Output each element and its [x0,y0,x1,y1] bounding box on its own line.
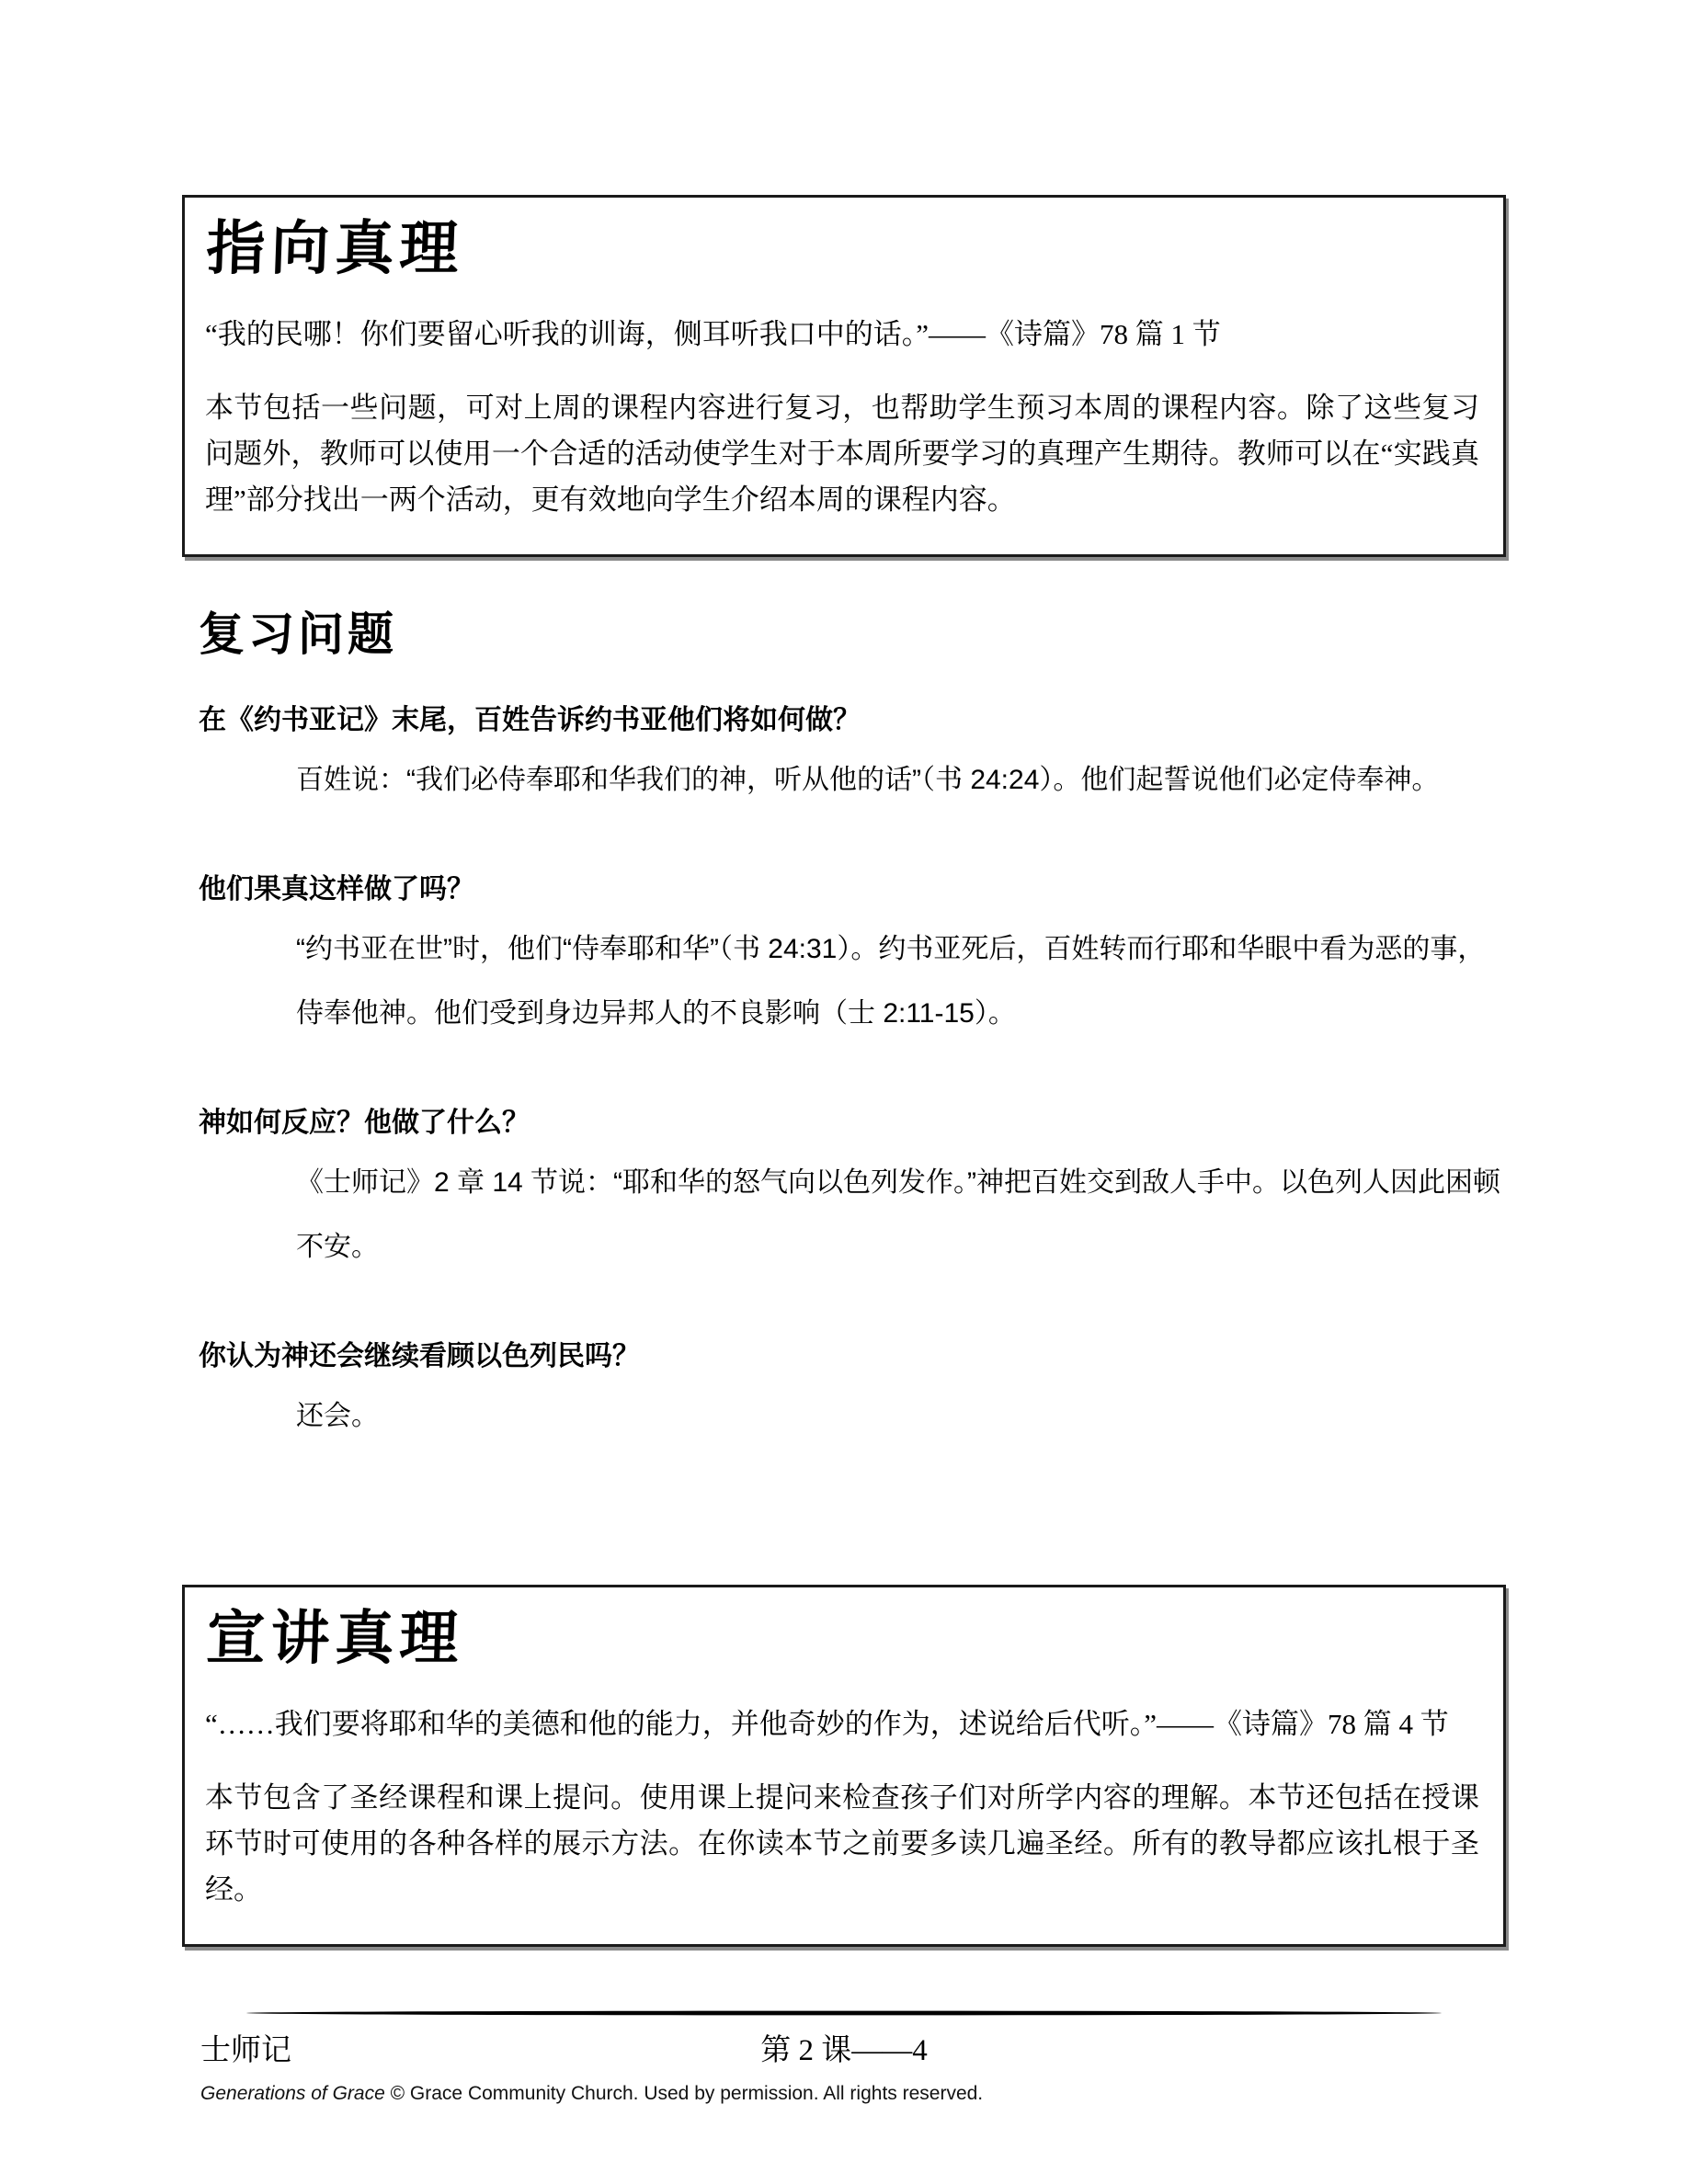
proclaim-truth-description: 本节包含了圣经课程和课上提问。使用课上提问来检查孩子们对所学内容的理解。本节还包… [205,1775,1479,1913]
footer-book-title: 士师记 [200,2026,291,2069]
copyright-series-name: Generations of Grace [200,2083,385,2104]
pointing-truth-verse: “我的民哪！你们要留心听我的训诲，侧耳听我口中的话。”——《诗篇》78 篇 1 … [205,312,1479,358]
review-questions-list: 在《约书亚记》末尾，百姓告诉约书亚他们将如何做？ 百姓说：“我们必侍奉耶和华我们… [199,702,1506,1449]
pointing-truth-box: 指向真理 “我的民哪！你们要留心听我的训诲，侧耳听我口中的话。”——《诗篇》78… [182,195,1506,557]
qa-group-2: 他们果真这样做了吗？ “约书亚在世”时，他们“侍奉耶和华”（书 24:31）。约… [199,871,1506,1046]
question-text: 他们果真这样做了吗？ [199,871,1506,908]
footer-lesson-page-number: 第 2 课——4 [760,2026,928,2069]
footer-row: 士师记 第 2 课——4 [182,2026,1506,2070]
qa-group-4: 你认为神还会继续看顾以色列民吗？ 还会。 [199,1338,1506,1449]
review-questions-heading: 复习问题 [199,597,1506,664]
answer-text: 还会。 [296,1384,1506,1449]
question-text: 神如何反应？他做了什么？ [199,1105,1506,1142]
page-content: 指向真理 “我的民哪！你们要留心听我的训诲，侧耳听我口中的话。”——《诗篇》78… [182,195,1506,1947]
qa-group-1: 在《约书亚记》末尾，百姓告诉约书亚他们将如何做？ 百姓说：“我们必侍奉耶和华我们… [199,702,1506,813]
footer-copyright: Generations of Grace © Grace Community C… [200,2083,1506,2105]
footer-divider-rule [246,2009,1442,2017]
qa-group-3: 神如何反应？他做了什么？ 《士师记》2 章 14 节说：“耶和华的怒气向以色列发… [199,1105,1506,1280]
answer-text: 《士师记》2 章 14 节说：“耶和华的怒气向以色列发作。”神把百姓交到敌人手中… [296,1151,1506,1280]
proclaim-truth-title: 宣讲真理 [205,1600,1482,1678]
answer-text: 百姓说：“我们必侍奉耶和华我们的神，听从他的话”（书 24:24）。他们起誓说他… [296,748,1506,813]
pointing-truth-title: 指向真理 [205,210,1482,288]
proclaim-truth-verse: “……我们要将耶和华的美德和他的能力，并他奇妙的作为，述说给后代听。”——《诗篇… [205,1701,1479,1747]
document-page: 指向真理 “我的民哪！你们要留心听我的训诲，侧耳听我口中的话。”——《诗篇》78… [0,0,1688,2184]
answer-text: “约书亚在世”时，他们“侍奉耶和华”（书 24:31）。约书亚死后，百姓转而行耶… [296,917,1506,1046]
proclaim-truth-box: 宣讲真理 “……我们要将耶和华的美德和他的能力，并他奇妙的作为，述说给后代听。”… [182,1585,1506,1947]
copyright-notice: © Grace Community Church. Used by permis… [385,2083,983,2104]
page-footer: 士师记 第 2 课——4 Generations of Grace © Grac… [182,2009,1506,2105]
question-text: 在《约书亚记》末尾，百姓告诉约书亚他们将如何做？ [199,702,1506,739]
pointing-truth-description: 本节包括一些问题，可对上周的课程内容进行复习，也帮助学生预习本周的课程内容。除了… [205,385,1479,523]
question-text: 你认为神还会继续看顾以色列民吗？ [199,1338,1506,1375]
